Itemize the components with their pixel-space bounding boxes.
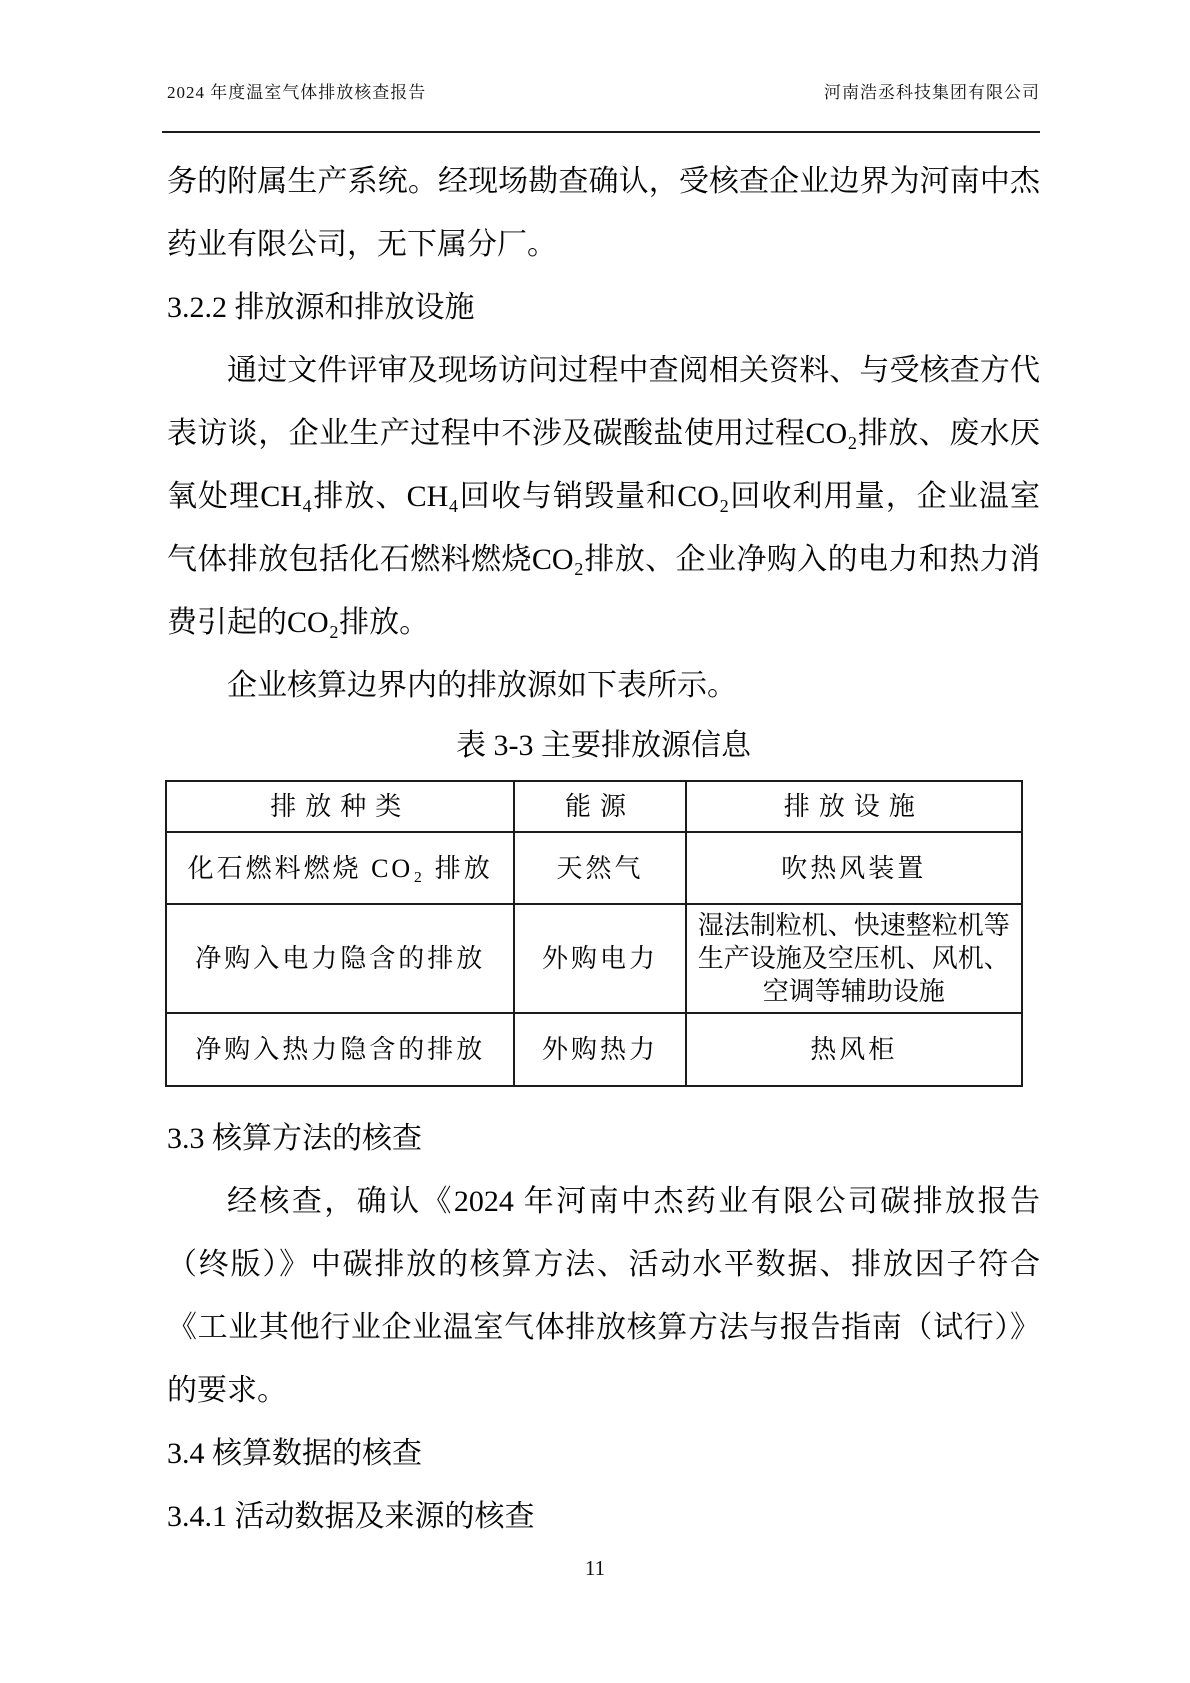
header-divider-line (162, 131, 1040, 133)
paragraph-table-intro: 企业核算边界内的排放源如下表所示。 (167, 654, 1040, 717)
table-row: 净购入电力隐含的排放 外购电力 湿法制粒机、快速整粒机等生产设施及空压机、风机、… (166, 904, 1022, 1013)
cell-energy: 外购电力 (514, 904, 685, 1013)
table-header-energy: 能源 (514, 781, 685, 832)
paragraph-emission-sources: 通过文件评审及现场访问过程中查阅相关资料、与受核查方代表访谈，企业生产过程中不涉… (167, 339, 1040, 654)
page-header: 2024 年度温室气体排放核查报告 河南浩丞科技集团有限公司 (167, 78, 1040, 103)
cell-emission-type: 净购入热力隐含的排放 (166, 1013, 514, 1086)
heading-3-2-2: 3.2.2 排放源和排放设施 (167, 276, 1040, 339)
document-body: 务的附属生产系统。经现场勘查确认，受核查企业边界为河南中杰药业有限公司，无下属分… (167, 150, 1040, 1548)
table-header-row: 排放种类 能源 排放设施 (166, 781, 1022, 832)
paragraph-method-check: 经核查，确认《2024 年河南中杰药业有限公司碳排放报告（终版）》中碳排放的核算… (167, 1170, 1040, 1422)
header-report-title: 2024 年度温室气体排放核查报告 (167, 78, 426, 103)
cell-facility: 吹热风装置 (686, 832, 1022, 904)
cell-facility: 热风柜 (686, 1013, 1022, 1086)
header-company-name: 河南浩丞科技集团有限公司 (824, 78, 1040, 103)
heading-3-4-1: 3.4.1 活动数据及来源的核查 (167, 1485, 1040, 1548)
cell-emission-type: 净购入电力隐含的排放 (166, 904, 514, 1013)
page-number: 11 (0, 1556, 1190, 1581)
heading-3-4: 3.4 核算数据的核查 (167, 1422, 1040, 1485)
paragraph-boundary-continuation: 务的附属生产系统。经现场勘查确认，受核查企业边界为河南中杰药业有限公司，无下属分… (167, 150, 1040, 276)
emission-sources-table: 排放种类 能源 排放设施 化石燃料燃烧 CO₂ 排放 天然气 吹热风装置 净购入… (165, 780, 1023, 1087)
document-page: 2024 年度温室气体排放核查报告 河南浩丞科技集团有限公司 务的附属生产系统。… (0, 0, 1190, 1683)
heading-3-3: 3.3 核算方法的核查 (167, 1107, 1040, 1170)
cell-facility: 湿法制粒机、快速整粒机等生产设施及空压机、风机、空调等辅助设施 (686, 904, 1022, 1013)
table-caption: 表 3-3 主要排放源信息 (167, 717, 1040, 775)
cell-emission-type: 化石燃料燃烧 CO₂ 排放 (166, 832, 514, 904)
table-header-facility: 排放设施 (686, 781, 1022, 832)
table-row: 净购入热力隐含的排放 外购热力 热风柜 (166, 1013, 1022, 1086)
table-row: 化石燃料燃烧 CO₂ 排放 天然气 吹热风装置 (166, 832, 1022, 904)
cell-energy: 天然气 (514, 832, 685, 904)
cell-energy: 外购热力 (514, 1013, 685, 1086)
table-header-emission-type: 排放种类 (166, 781, 514, 832)
